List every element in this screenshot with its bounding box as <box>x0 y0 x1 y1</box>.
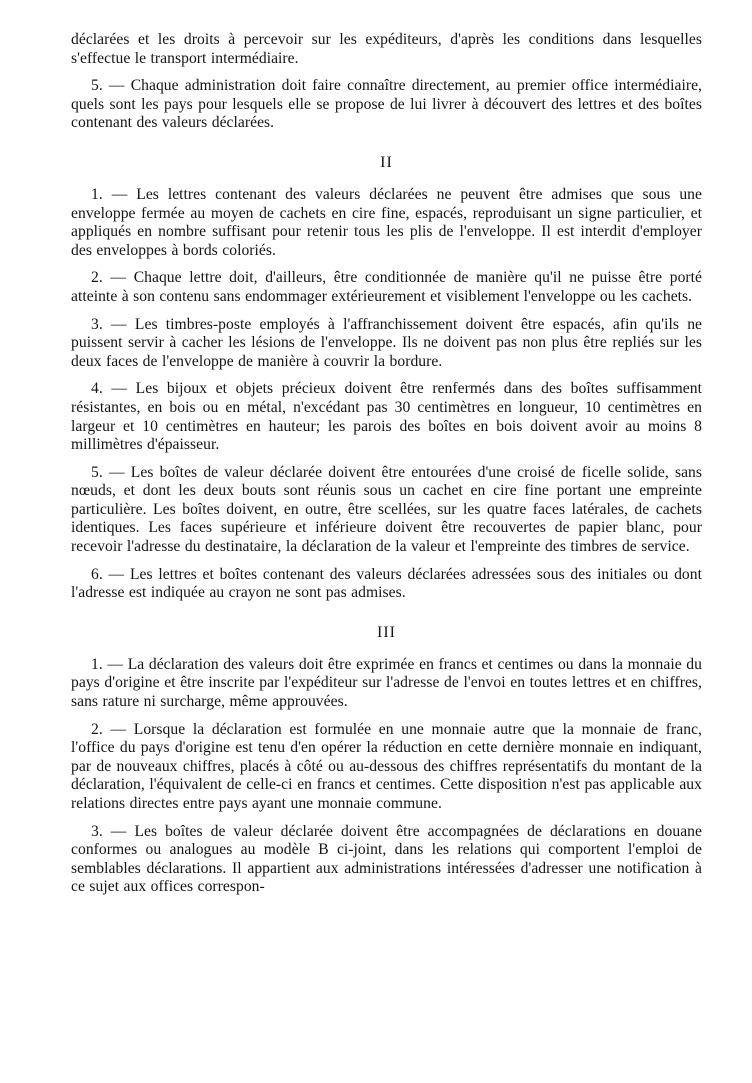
section-3-paragraph-1: 1. — La déclaration des valeurs doit êtr… <box>71 656 702 712</box>
section-2-paragraph-2: 2. — Chaque lettre doit, d'ailleurs, êtr… <box>71 269 702 306</box>
section-2-paragraph-1: 1. — Les lettres contenant des valeurs d… <box>71 186 702 260</box>
section-heading-ii: II <box>71 153 702 173</box>
paragraph-number: 3. — <box>91 316 127 333</box>
paragraph-text: La déclaration des valeurs doit être exp… <box>71 656 702 710</box>
paragraph-text: Chaque lettre doit, d'ailleurs, être con… <box>71 269 702 305</box>
paragraph-text: Les boîtes de valeur déclarée doivent êt… <box>71 464 702 555</box>
section-2-paragraph-6: 6. — Les lettres et boîtes contenant des… <box>71 566 702 603</box>
paragraph-text: Les boîtes de valeur déclarée doivent êt… <box>71 823 702 896</box>
paragraph-text: Chaque administration doit faire connaît… <box>71 77 702 131</box>
paragraph-text: Les timbres-poste employés à l'affranchi… <box>71 316 702 370</box>
paragraph-number: 5. — <box>91 77 125 94</box>
section-3-paragraph-2: 2. — Lorsque la déclaration est formulée… <box>71 721 702 814</box>
paragraph-number: 5. — <box>91 464 125 481</box>
paragraph-number: 6. — <box>91 566 124 583</box>
paragraph-text: Les lettres contenant des valeurs déclar… <box>71 186 702 259</box>
section-heading-iii: III <box>71 623 702 643</box>
document-page: déclarées et les droits à percevoir sur … <box>71 31 702 897</box>
paragraph-number: 2. — <box>91 721 126 738</box>
continuation-paragraph: déclarées et les droits à percevoir sur … <box>71 31 702 68</box>
section-2-paragraph-4: 4. — Les bijoux et objets précieux doive… <box>71 380 702 454</box>
paragraph-number: 1. — <box>91 656 123 673</box>
paragraph-number: 2. — <box>91 269 126 286</box>
paragraph-number: 1. — <box>91 186 127 203</box>
paragraph-number: 4. — <box>91 380 127 397</box>
section-3-paragraph-3: 3. — Les boîtes de valeur déclarée doive… <box>71 823 702 897</box>
paragraph-text: Les bijoux et objets précieux doivent êt… <box>71 380 702 453</box>
paragraph-text: Les lettres et boîtes contenant des vale… <box>71 566 702 602</box>
paragraph-text: Lorsque la déclaration est formulée en u… <box>71 721 702 812</box>
section-2-paragraph-3: 3. — Les timbres-poste employés à l'affr… <box>71 316 702 372</box>
section-2-paragraph-5: 5. — Les boîtes de valeur déclarée doive… <box>71 464 702 557</box>
paragraph-number: 3. — <box>91 823 126 840</box>
section-1-paragraph-5: 5. — Chaque administration doit faire co… <box>71 77 702 133</box>
